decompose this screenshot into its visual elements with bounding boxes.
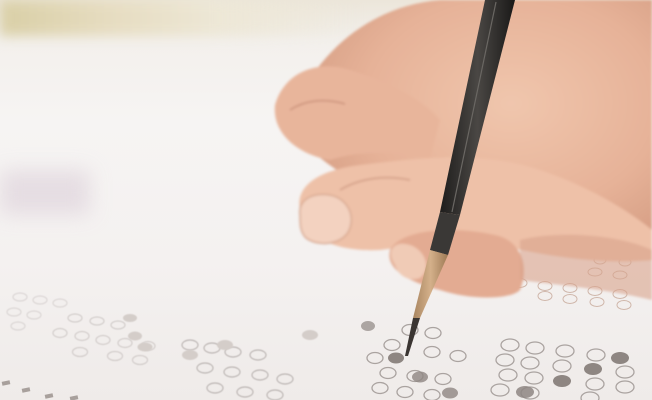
timing-marks: [2, 380, 79, 400]
filled-bubbles-left: [123, 314, 318, 360]
bubble-grid-center: [367, 325, 634, 400]
answer-sheet-photo: [0, 0, 652, 400]
photo-illustration: [0, 0, 652, 400]
